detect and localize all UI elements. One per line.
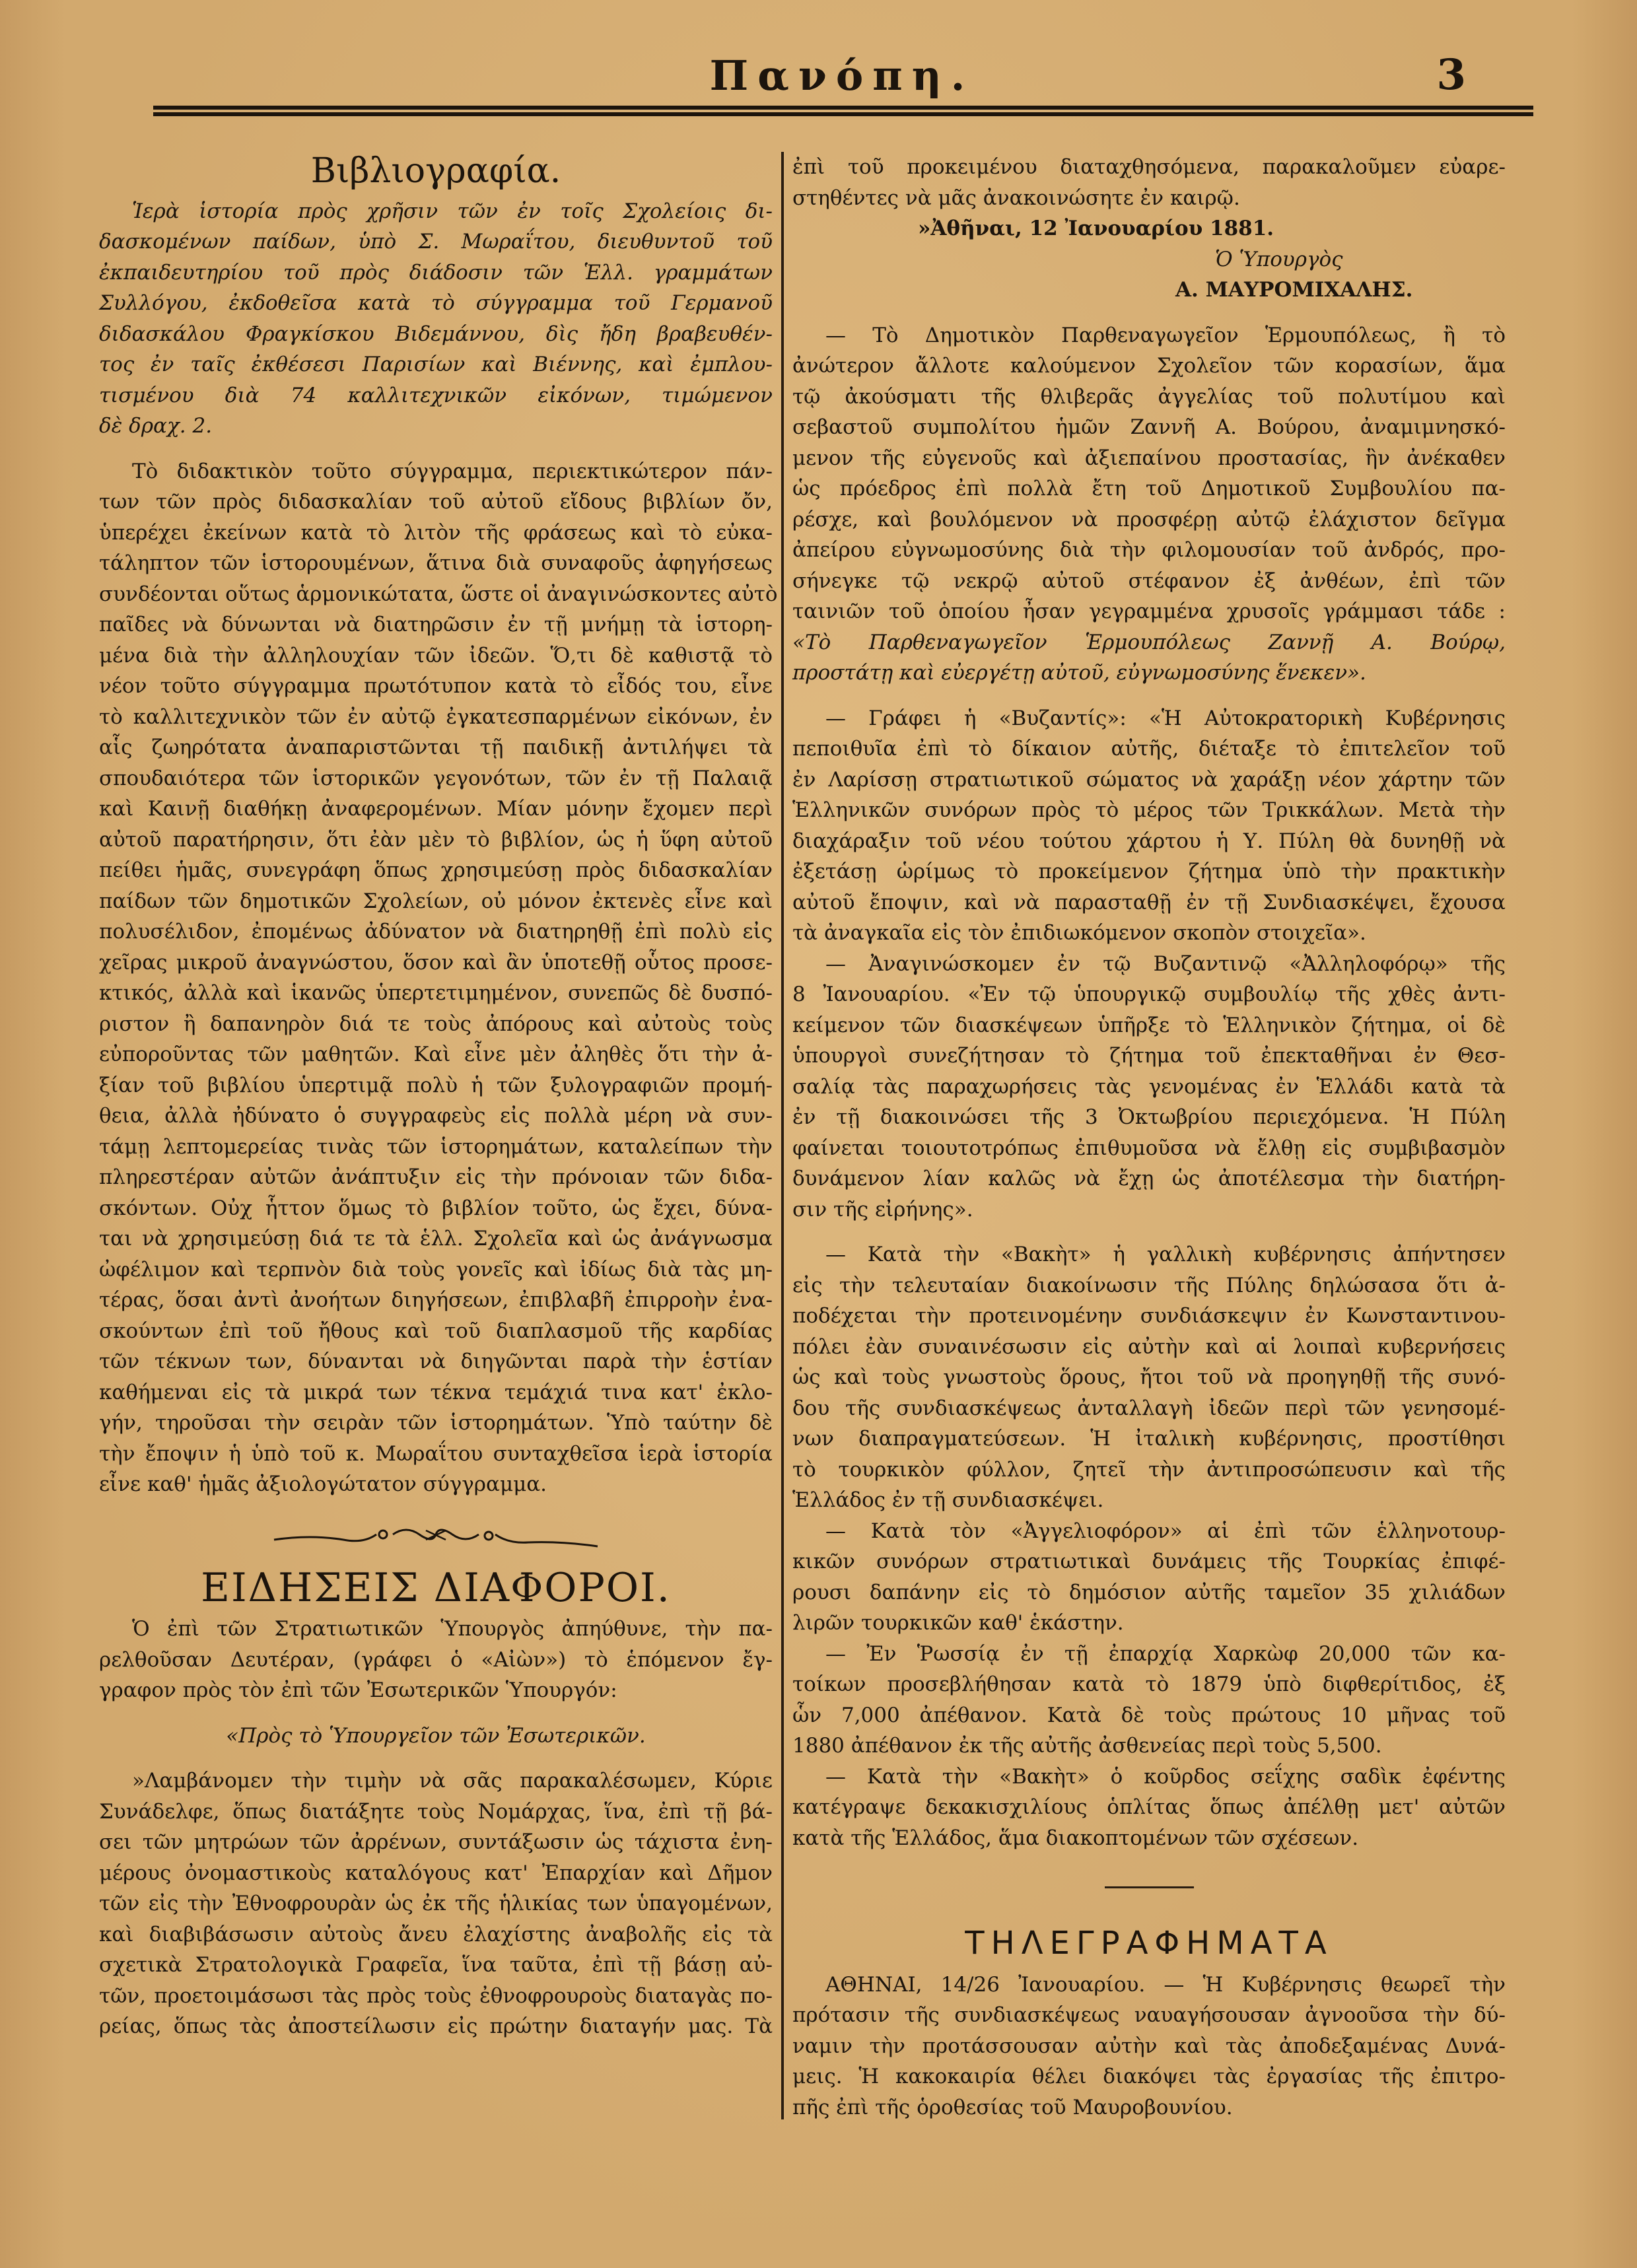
text-line: σιν τῆς εἰρήνης». [792,1194,1506,1225]
text-line: Ἑλλάδος ἐν τῇ συνδιασκέψει. [792,1485,1506,1516]
text-line: πείθει ἡμᾶς, συνεγράφη ὅπως χρησιμεύσῃ π… [99,855,773,886]
text-line: αὐτοῦ παρατήρησιν, ὅτι ἐὰν μὲν τὸ βιβλίο… [99,825,773,856]
text-line: πρότασιν τῆς συνδιασκέψεως ναυαγήσουσαν … [792,2000,1506,2031]
text-line: δου τῆς συνδιασκέψεως ἀνταλλαγὴ ἰδεῶν πε… [792,1393,1506,1424]
text-line: ρείας, ὅπως τὰς ἀποστείλωσιν εἰς πρώτην … [99,2011,773,2042]
news-item-parthenagogeion: — Τὸ Δημοτικὸν Παρθεναγωγεῖον Ἑρμουπόλεω… [792,320,1506,689]
text-line: τὰ ἀναγκαῖα εἰς τὸν ἐπιδιωκόμενον σκοπὸν… [792,918,1506,949]
text-line: — Γράφει ἡ «Βυζαντίς»: «Ἡ Αὐτοκρατορικὴ … [792,703,1506,734]
text-line: κείμενον τῶν διασκέψεων ὑπῆρξε τὸ Ἑλληνι… [792,1010,1506,1041]
text-line: γραφον πρὸς τὸν ἐπὶ τῶν Ἐσωτερικῶν Ὑπουρ… [99,1675,773,1706]
text-line: παῖδες νὰ δύνωνται νὰ διατηρῶσιν ἐν τῇ μ… [99,609,773,640]
text-line: σεβαστοῦ συμπολίτου ἡμῶν Ζαννῆ Α. Βούρου… [792,412,1506,443]
text-line: διαχάραξιν τοῦ νέου τούτου χάρτου ἡ Υ. Π… [792,826,1506,857]
text-line: ὧν 7,000 ἀπέθανον. Κατὰ δὲ τοὺς πρώτους … [792,1700,1506,1731]
text-line: ρελθοῦσαν Δευτέραν, (γράφει ὁ «Αἰὼν») τὸ… [99,1645,773,1676]
text-line: ριστον ἢ δαπανηρὸν διά τε τοὺς ἀπόρους κ… [99,1009,773,1040]
text-line: σχετικὰ Στρατολογικὰ Γραφεῖα, ἵνα ταῦτα,… [99,1950,773,1981]
text-line: Ἑλληνικῶν συνόρων πρὸς τὸ μέρος τῶν Τρικ… [792,795,1506,826]
text-line: μέρους ὀνομαστικοὺς καταλόγους κατ' Ἐπαρ… [99,1858,773,1889]
text-line: ἀνώτερον ἄλλοτε καλούμενον Σχολεῖον τῶν … [792,351,1506,382]
text-line: εὐποροῦντας τῶν μαθητῶν. Καὶ εἶνε μὲν ἀλ… [99,1039,773,1070]
text-line: τὸ τουρκικὸν φύλλον, ζητεῖ τὴν ἀντιπροσώ… [792,1455,1506,1486]
text-line: κατὰ τῆς Ἑλλάδος, ἅμα διακοπτομένων τῶν … [792,1823,1506,1854]
text-line: τὴν ἔποψιν ἡ ὑπὸ τοῦ κ. Μωραΐτου συνταχθ… [99,1439,773,1470]
column-divider [781,152,784,2119]
text-line: δυνάμενον λίαν καλῶς νὰ ἔχῃ ὡς ἀποτέλεσμ… [792,1163,1506,1194]
letter-continuation: ἐπὶ τοῦ προκειμένου διαταχθησόμενα, παρα… [792,152,1506,213]
quote-line: προστάτῃ καὶ εὐεργέτῃ αὐτοῦ, εὐγνωμοσύνη… [792,658,1506,689]
text-line: σαλίᾳ τὰς παραχωρήσεις τὰς γενομένας ἐν … [792,1072,1506,1103]
telegrams-heading: ΤΗΛΕΓΡΑΦΗΜΑΤΑ [792,1928,1506,1959]
text-line: τῶν τέκνων των, δύνανται νὰ διηγῶνται πα… [99,1346,773,1377]
letter-signoff-title: Ὁ Ὑπουργὸς [792,244,1506,275]
text-line: μένα διὰ τὴν ἀλληλουχίαν τῶν ἰδεῶν. Ὅ,τι… [99,640,773,671]
text-line: ὑπερέχει ἐκείνων κατὰ τὸ λιτὸν τῆς φράσε… [99,518,773,549]
text-line: πῆς ἐπὶ τῆς ὁροθεσίας τοῦ Μαυροβουνίου. [792,2092,1506,2123]
bibliography-heading: Βιβλιογραφία. [99,156,773,187]
text-line: νέον τοῦτο σύγγραμμα πρωτότυπον κατὰ τὸ … [99,671,773,702]
masthead: Πανόπη. 3 [152,40,1532,112]
text-line: λιρῶν τουρκικῶν καθ' ἑκάστην. [792,1608,1506,1639]
text-line: τῷ ἀκούσματι τῆς θλιβερᾶς ἀγγελίας τοῦ π… [792,382,1506,413]
text-line: τῶν, προετοιμάσωσι τὰς πρὸς τοὺς ἐθνοφρο… [99,1981,773,2012]
text-line: σπουδαιότερα τῶν ἱστορικῶν γεγονότων, τῶ… [99,763,773,794]
text-line: — Ἀναγινώσκομεν ἐν τῷ Βυζαντινῷ «Ἀλληλοφ… [792,949,1506,980]
text-line: τος ἐν ταῖς ἐκθέσεσι Παρισίων καὶ Βιέννη… [99,349,773,380]
news-intro: Ὁ ἐπὶ τῶν Στρατιωτικῶν Ὑπουργὸς ἀπηύθυνε… [99,1614,773,1706]
bibliography-citation: Ἱερὰ ἱστορία πρὸς χρῆσιν τῶν ἐν τοῖς Σχο… [99,196,773,442]
text-line: ται νὰ χρησιμεύσῃ διά τε τὰ ἑλλ. Σχολεῖα… [99,1223,773,1254]
text-line: γήν, τηροῦσαι τὴν σειρὰν τῶν ἱστορημάτων… [99,1408,773,1439]
flourish-icon [271,1520,601,1560]
text-line: »Λαμβάνομεν τὴν τιμὴν νὰ σᾶς παρακαλέσωμ… [99,1766,773,1797]
letter-address: «Πρὸς τὸ Ὑπουργεῖον τῶν Ἐσωτερικῶν. [99,1721,773,1752]
text-line: μεις. Ἡ κακοκαιρία θέλει διακόψει τὰς ἐρ… [792,2061,1506,2092]
letter-signoff-name: Α. ΜΑΥΡΟΜΙΧΑΛΗΣ. [792,275,1506,306]
text-line: ἐν τῇ διακοινώσει τῆς 3 Ὀκτωβρίου περιεχ… [792,1102,1506,1133]
left-column: Βιβλιογραφία. Ἱερὰ ἱστορία πρὸς χρῆσιν τ… [99,152,773,2042]
text-line: πόλει ἐὰν συναινέσωσιν εἰς αὐτὴν καὶ αἱ … [792,1332,1506,1363]
quote-line: «Τὸ Παρθεναγωγεῖον Ἑρμουπόλεως Ζαννῇ Α. … [792,627,1506,658]
text-line: συνδέονται οὕτως ἁρμονικώτατα, ὥστε οἱ ἀ… [99,579,773,610]
text-line: Ἱερὰ ἱστορία πρὸς χρῆσιν τῶν ἐν τοῖς Σχο… [99,196,773,227]
ornamental-divider [99,1520,773,1560]
text-line: ὑπουργοὶ συνεζήτησαν τὸ ζήτημα τοῦ ἐπεκτ… [792,1041,1506,1072]
newspaper-page: Πανόπη. 3 Βιβλιογραφία. Ἱερὰ ἱστορία πρὸ… [0,0,1637,2268]
text-line: Τὸ διδακτικὸν τοῦτο σύγγραμμα, περιεκτικ… [99,456,773,487]
text-line: δὲ δραχ. 2. [99,411,773,442]
text-line: χεῖρας μικροῦ ἀναγνώστου, ὅσον καὶ ἂν ὑπ… [99,947,773,979]
text-line: τέρας, ὅσαι ἀντὶ ἀνοήτων διηγήσεων, ἐπιβ… [99,1285,773,1316]
text-line: των τῶν πρὸς διδασκαλίαν τοῦ αὐτοῦ εἴδου… [99,487,773,518]
text-line: σκούντων ἐπὶ τοῦ ἤθους καὶ τοῦ διαπλασμο… [99,1316,773,1347]
text-line: ναμιν τὴν προτάσσουσαν αὐτὴν καὶ τὰς ἀπο… [792,2031,1506,2062]
text-line: τισμένου διὰ 74 καλλιτεχνικῶν εἰκόνων, τ… [99,380,773,411]
text-line: Συλλόγου, ἐκδοθεῖσα κατὰ τὸ σύγγραμμα το… [99,288,773,319]
text-line: εἰς τὴν τελευταίαν διακοίνωσιν τῆς Πύλης… [792,1270,1506,1301]
right-column: ἐπὶ τοῦ προκειμένου διαταχθησόμενα, παρα… [792,152,1506,2123]
text-line: ταινιῶν τοῦ ὁποίου ἦσαν γεγραμμένα χρυσο… [792,596,1506,627]
text-line: φαίνεται τοιουτοτρόπως ἐπιθυμοῦσα νὰ ἔλθ… [792,1133,1506,1164]
news-item-angeliophoros: — Κατὰ τὸν «Ἀγγελιοφόρον» αἱ ἐπὶ τῶν ἑλλ… [792,1516,1506,1639]
text-line: — Ἐν Ῥωσσίᾳ ἐν τῇ ἐπαρχίᾳ Χαρκὼφ 20,000 … [792,1639,1506,1670]
letter-date: »Ἀθῆναι, 12 Ἰανουαρίου 1881. [792,213,1506,244]
text-line: πληρεστέραν αὐτῶν ἀνάπτυξιν εἰς τὴν πρόν… [99,1162,773,1193]
text-line: σει τῶν μητρώων τῶν ἀρρένων, συντάξωσιν … [99,1827,773,1858]
section-rule [1105,1886,1194,1888]
text-line: τῶν εἰς τὴν Ἐθνοφρουρὰν ὡς ἐκ τῆς ἡλικία… [99,1888,773,1919]
text-line: ποδέχεται τὴν προτεινομένην συνδιάσκεψιν… [792,1301,1506,1332]
text-line: 8 Ἰανουαρίου. «Ἐν τῷ ὑπουργικῷ συμβουλίῳ… [792,979,1506,1010]
text-line: εἶνε καθ' ἡμᾶς ἀξιολογώτατον σύγγραμμα. [99,1469,773,1500]
telegrams-body: ΑΘΗΝΑΙ, 14/26 Ἰανουαρίου. — Ἡ Κυβέρνησις… [792,1970,1506,2123]
text-line: ΑΘΗΝΑΙ, 14/26 Ἰανουαρίου. — Ἡ Κυβέρνησις… [792,1970,1506,2001]
text-line: — Κατὰ τὴν «Βακὴτ» ὁ κοῦρδος σεΐχης σαδὶ… [792,1762,1506,1793]
text-line: ἐπὶ τοῦ προκειμένου διαταχθησόμενα, παρα… [792,152,1506,183]
text-line: καθήμεναι εἰς τὰ μικρά των τέκνα τεμάχιά… [99,1377,773,1408]
text-line: Ὁ ἐπὶ τῶν Στρατιωτικῶν Ὑπουργὸς ἀπηύθυνε… [99,1614,773,1645]
news-heading: ΕΙΔΗΣΕΙΣ ΔΙΑΦΟΡΟΙ. [99,1573,773,1604]
text-line: αἷς ζωηρότατα ἀναπαριστῶνται τῇ παιδικῇ … [99,732,773,763]
text-line: καὶ Καινῇ διαθήκῃ ἀναφερομένων. Μίαν μόν… [99,794,773,825]
bibliography-review: Τὸ διδακτικὸν τοῦτο σύγγραμμα, περιεκτικ… [99,456,773,1500]
news-item-russia-diphtheria: — Ἐν Ῥωσσίᾳ ἐν τῇ ἐπαρχίᾳ Χαρκὼφ 20,000 … [792,1639,1506,1762]
text-line: ἐκπαιδευτηρίου τοῦ πρὸς διάδοσιν τῶν Ἑλλ… [99,258,773,289]
text-line: Συνάδελφε, ὅπως διατάξητε τοὺς Νομάρχας,… [99,1797,773,1828]
text-line: 1880 ἀπέθανον ἐκ τῆς αὐτῆς ἀσθενείας περ… [792,1731,1506,1762]
newspaper-title: Πανόπη. [152,52,1532,100]
news-item-vakit-kurd: — Κατὰ τὴν «Βακὴτ» ὁ κοῦρδος σεΐχης σαδὶ… [792,1762,1506,1854]
letter-body: »Λαμβάνομεν τὴν τιμὴν νὰ σᾶς παρακαλέσωμ… [99,1766,773,2042]
text-line: ἀπείρου εὐγνωμοσύνης διὰ τὴν φιλομουσίαν… [792,535,1506,566]
text-line: τάμῃ λεπτομερείας τινὰς τῶν ἱστορημάτων,… [99,1132,773,1163]
text-line: δασκομένων παίδων, ὑπὸ Σ. Μωραΐτου, διευ… [99,226,773,258]
page-number: 3 [1436,50,1466,100]
text-line: καὶ διαβιβάσωσιν αὐτοὺς ἄνευ ἐλαχίστης ἀ… [99,1919,773,1950]
text-line: μενον τῆς εὐγενοῦς καὶ ἀξιεπαίνου προστα… [792,443,1506,474]
text-line: σήνεγκε τῷ νεκρῷ αὐτοῦ στέφανον ἐξ ἀνθέω… [792,566,1506,597]
masthead-double-rule [153,106,1533,116]
text-line: τοίκων προσεβλήθησαν κατὰ τὸ 1879 ὑπὸ δι… [792,1669,1506,1700]
text-line: ρουσι δαπάνην εἰς τὸ δημόσιον αὐτῆς ταμε… [792,1577,1506,1608]
text-line: — Κατὰ τὴν «Βακὴτ» ἡ γαλλικὴ κυβέρνησις … [792,1239,1506,1270]
text-line: σκόντων. Οὐχ ἧττον ὅμως τὸ βιβλίον τοῦτο… [99,1193,773,1224]
text-line: αὐτοῦ ἔποψιν, καὶ νὰ παρασταθῇ ἐν τῇ Συν… [792,887,1506,918]
news-item-byzantis: — Γράφει ἡ «Βυζαντίς»: «Ἡ Αὐτοκρατορικὴ … [792,703,1506,949]
text-line: ὡς πρόεδρος ἐπὶ πολλὰ ἔτη τοῦ Δημοτικοῦ … [792,473,1506,504]
text-line: διδασκάλου Φραγκίσκου Βιδεμάννου, δὶς ἤδ… [99,319,773,350]
text-line: κτικός, ἀλλὰ καὶ ἱκανῶς ὑπερτετιμημένον,… [99,978,773,1009]
text-line: κικῶν συνόρων στρατιωτικαὶ δυνάμεις τῆς … [792,1546,1506,1577]
text-line: ρέσχε, καὶ βουλόμενον νὰ προσφέρῃ αὐτῷ ἐ… [792,504,1506,535]
text-line: κατέγραψε δεκακισχιλίους ὁπλίτας ὅπως ἀπ… [792,1792,1506,1823]
text-line: νων διαπραγματεύσεων. Ἡ ἰταλικὴ κυβέρνησ… [792,1424,1506,1455]
text-line: ὠφέλιμον καὶ τερπνὸν διὰ τοὺς γονεῖς καὶ… [99,1254,773,1286]
text-line: παίδων τῶν δημοτικῶν Σχολείων, οὐ μόνον … [99,886,773,917]
news-item-vakit-france: — Κατὰ τὴν «Βακὴτ» ἡ γαλλικὴ κυβέρνησις … [792,1239,1506,1516]
news-item-allelophoros: — Ἀναγινώσκομεν ἐν τῷ Βυζαντινῷ «Ἀλληλοφ… [792,949,1506,1225]
text-line: στηθέντες νὰ μᾶς ἀνακοινώσητε ἐν καιρῷ. [792,183,1506,214]
text-line: — Τὸ Δημοτικὸν Παρθεναγωγεῖον Ἑρμουπόλεω… [792,320,1506,351]
text-line: πολυσέλιδον, ἐπομένως ἀδύνατον νὰ διατηρ… [99,916,773,947]
text-line: τὸ καλλιτεχνικὸν τῶν ἐν αὐτῷ ἐγκατεσπαρμ… [99,702,773,733]
text-line: ἐν Λαρίσσῃ στρατιωτικοῦ σώματος νὰ χαράξ… [792,765,1506,796]
text-line: ἐξετάσῃ ὡρίμως τὸ προκείμενον ζήτημα ὑπὸ… [792,856,1506,887]
text-line: πεποιθυῖα ἐπὶ τὸ δίκαιον αὐτῆς, διέταξε … [792,734,1506,765]
text-line: ὡς καὶ τοὺς γνωστοὺς ὅρους, ἤτοι τοῦ νὰ … [792,1362,1506,1393]
text-line: τάληπτον τῶν ἱστορουμένων, ἅτινα διὰ συν… [99,548,773,579]
text-line: θεια, ἀλλὰ ἠδύνατο ὁ συγγραφεὺς εἰς πολλ… [99,1101,773,1132]
text-line: — Κατὰ τὸν «Ἀγγελιοφόρον» αἱ ἐπὶ τῶν ἑλλ… [792,1516,1506,1547]
text-line: ξίαν τοῦ βιβλίου ὑπερτιμᾷ πολὺ ἡ τῶν ξυλ… [99,1070,773,1101]
